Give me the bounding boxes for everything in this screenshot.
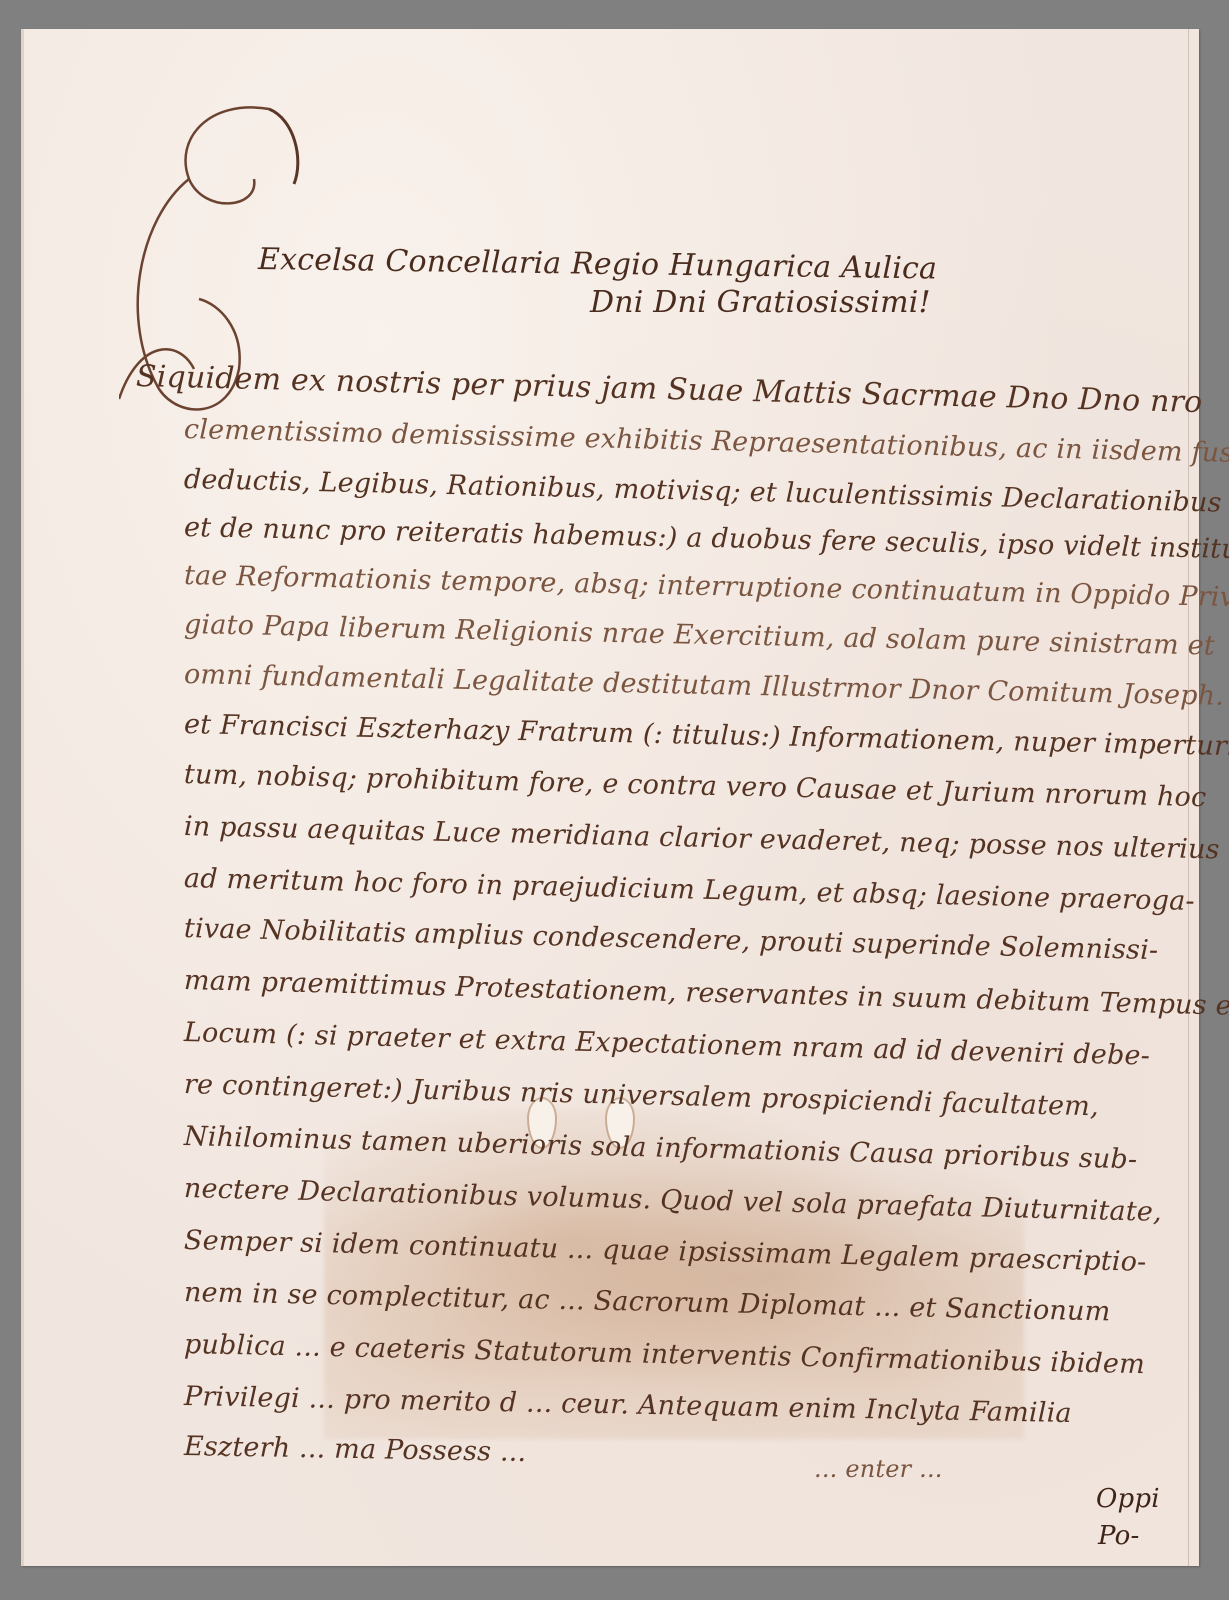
body-line: in passu aequitas Luce meridiana clarior…: [184, 811, 1220, 865]
body-line: tum, nobisq; prohibitum fore, e contra v…: [184, 759, 1207, 813]
body-line: tivae Nobilitatis amplius condescendere,…: [184, 913, 1159, 966]
body-line: giato Papa liberum Religionis nrae Exerc…: [184, 609, 1216, 662]
address-line-2: Dni Dni Gratiosissimi!: [590, 285, 931, 320]
catchword-line-2: Po-: [1098, 1521, 1139, 1551]
body-line: omni fundamentali Legalitate destitutam …: [184, 659, 1225, 712]
body-line: clementissimo demississime exhibitis Rep…: [184, 414, 1229, 469]
body-line: Locum (: si praeter et extra Expectation…: [184, 1017, 1151, 1072]
body-line: ad meritum hoc foro in praejudicium Legu…: [184, 863, 1195, 917]
address-line-1: Excelsa Concellaria Regio Hungarica Auli…: [258, 242, 938, 286]
body-line: et de nunc pro reiteratis habemus:) a du…: [184, 512, 1229, 565]
body-line: et Francisci Eszterhazy Fratrum (: titul…: [184, 709, 1229, 763]
body-line: deductis, Legibus, Rationibus, motivisq;…: [184, 464, 1229, 520]
body-line: tae Reformationis tempore, absq; interru…: [184, 560, 1229, 614]
stain-fragment-text: ... enter ...: [814, 1455, 943, 1483]
catchword-line-1: Oppi: [1096, 1484, 1160, 1514]
body-line: mam praemittimus Protestationem, reserva…: [184, 965, 1229, 1022]
manuscript-page: Excelsa Concellaria Regio Hungarica Auli…: [21, 29, 1199, 1566]
body-line: Eszterh ... ma Possess ...: [184, 1431, 527, 1468]
